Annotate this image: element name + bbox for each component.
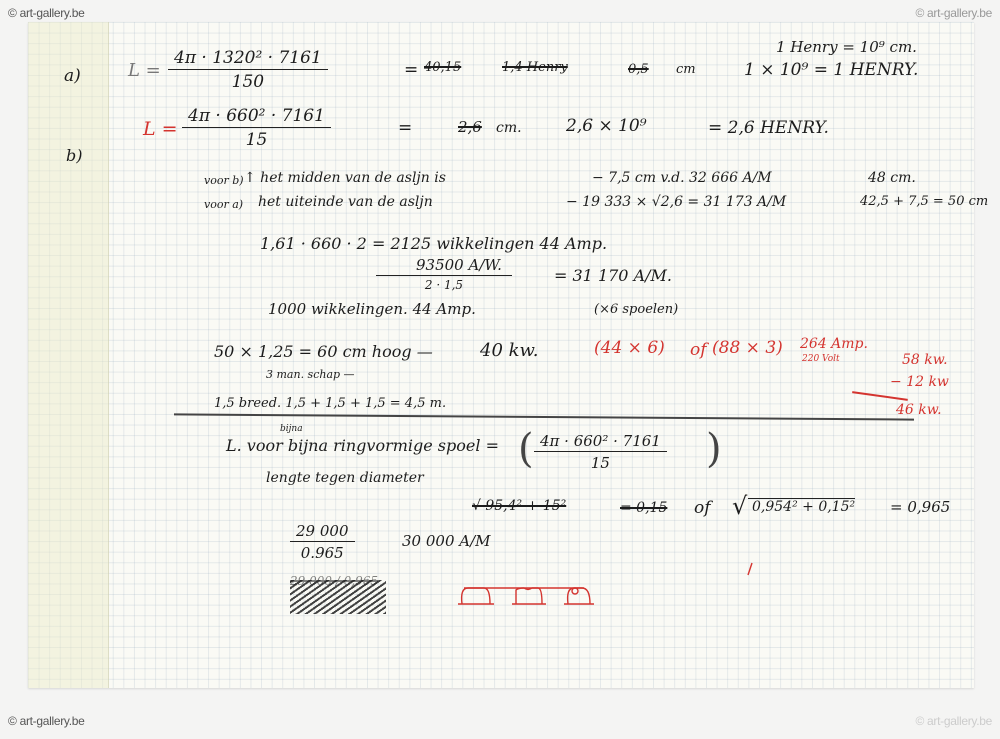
width-line: 1,5 breed. 1,5 + 1,5 + 1,5 = 4,5 m.	[214, 396, 446, 411]
inductance-a-result: 1 × 10⁹ = 1 HENRY.	[744, 60, 918, 80]
ring-coil-open-paren: (	[518, 426, 534, 472]
aw-denominator: 2 · 1,5	[376, 276, 512, 292]
inductance-b-value: 2,6 × 10⁹	[566, 116, 647, 136]
ring-coil-close-paren: )	[706, 426, 722, 472]
inductance-b-equals: =	[398, 118, 412, 138]
power-40kw: 40 kw.	[480, 340, 539, 361]
watermark-top-left: © art-gallery.be	[8, 6, 85, 20]
field-b-side: 48 cm.	[868, 170, 916, 186]
section-a-label: a)	[64, 66, 81, 86]
aw-fraction: 93500 A/W. 2 · 1,5	[376, 256, 512, 292]
inductance-b-result: = 2,6 HENRY.	[708, 118, 829, 138]
watermark-bottom-left: © art-gallery.be	[8, 714, 85, 728]
red-kw-58: 58 kw.	[902, 352, 948, 368]
field-a-text: het uiteinde van de asljn	[258, 194, 433, 210]
sqrt-expression: 0,954² + 0,15²	[748, 498, 855, 515]
paper-margin-strip	[28, 22, 109, 688]
final-result: 30 000 A/M	[402, 532, 491, 550]
red-sum-divider	[852, 391, 908, 400]
section-divider-line	[174, 413, 914, 420]
ring-coil-superscript: bijna	[280, 424, 303, 434]
inductance-a-numerator: 4π · 1320² · 7161	[168, 48, 328, 70]
field-a-value: − 19 333 × √2,6 = 31 173 A/M	[566, 194, 786, 210]
crossed-value-a3: 0,5	[628, 62, 649, 77]
final-fraction: 29 000 0.965	[290, 522, 355, 562]
red-kw-minus-12: − 12 kw	[890, 374, 949, 390]
aw-result: = 31 170 A/M.	[554, 266, 672, 285]
red-amp: 264 Amp.	[800, 336, 868, 352]
crossed-out-scribble	[290, 580, 386, 614]
final-denominator: 0.965	[290, 542, 355, 562]
red-volt: 220 Volt	[802, 354, 840, 364]
ring-coil-denominator: 15	[534, 452, 667, 472]
inductance-a-unit: cm	[676, 62, 696, 77]
section-b-label: b)	[66, 146, 82, 165]
red-option-1: (44 × 6)	[594, 338, 665, 358]
inductance-b-numerator: 4π · 660² · 7161	[182, 106, 331, 128]
crossed-eq: = 0,15	[620, 500, 667, 516]
field-a-prefix: voor a)	[204, 198, 243, 211]
size-sub-note: 3 man. schap —	[266, 368, 355, 381]
graph-paper-sheet: 1 Henry = 10⁹ cm. a) L = 4π · 1320² · 71…	[28, 22, 974, 688]
ring-coil-numerator: 4π · 660² · 7161	[534, 432, 667, 452]
watermark-top-right: © art-gallery.be	[915, 6, 992, 20]
coil-sketch-icon	[458, 582, 594, 608]
field-b-text: ↑ het midden van de asljn is	[244, 170, 446, 186]
crossed-value-a2: 1,4 Henry	[502, 60, 568, 75]
field-a-side: 42,5 + 7,5 = 50 cm	[860, 194, 988, 209]
windings-calculation: 1,61 · 660 · 2 = 2125 wikkelingen 44 Amp…	[260, 234, 607, 253]
sqrt-or: of	[694, 498, 711, 518]
red-kw-total: 46 kw.	[896, 402, 942, 418]
inductance-a-denominator: 150	[168, 70, 328, 92]
crossed-sqrt: √ 95,4² + 15²	[472, 498, 566, 514]
red-or: of	[690, 340, 707, 360]
sqrt-symbol: √	[732, 492, 747, 520]
sqrt-result: = 0,965	[890, 498, 950, 516]
red-option-2: (88 × 3)	[712, 338, 783, 358]
crossed-value-b: 2,6	[458, 118, 482, 136]
length-vs-diameter-note: lengte tegen diameter	[266, 470, 424, 486]
aw-numerator: 93500 A/W.	[376, 256, 512, 276]
inductance-a-equals: =	[404, 60, 418, 80]
red-tick-mark	[746, 562, 754, 576]
windings-1000: 1000 wikkelingen. 44 Amp.	[268, 300, 476, 318]
size-height-line: 50 × 1,25 = 60 cm hoog —	[214, 342, 433, 361]
inductance-b-unit: cm.	[496, 120, 522, 136]
coils-note: (×6 spoelen)	[594, 302, 678, 317]
field-b-value: − 7,5 cm v.d. 32 666 A/M	[592, 170, 772, 186]
field-b-prefix: voor b)	[204, 174, 244, 187]
inductance-b-lhs: L =	[143, 118, 178, 140]
ring-coil-label: L. voor bijna ringvormige spoel =	[226, 436, 499, 455]
inductance-b-denominator: 15	[182, 128, 331, 150]
inductance-a-lhs: L =	[128, 60, 161, 81]
watermark-bottom-right: © art-gallery.be	[915, 714, 992, 728]
henry-definition: 1 Henry = 10⁹ cm.	[776, 38, 917, 56]
crossed-value-a1: 40,15	[424, 60, 461, 75]
final-numerator: 29 000	[290, 522, 355, 542]
inductance-a-fraction: 4π · 1320² · 7161 150	[168, 48, 328, 92]
inductance-b-fraction: 4π · 660² · 7161 15	[182, 106, 331, 150]
ring-coil-fraction: 4π · 660² · 7161 15	[534, 432, 667, 472]
